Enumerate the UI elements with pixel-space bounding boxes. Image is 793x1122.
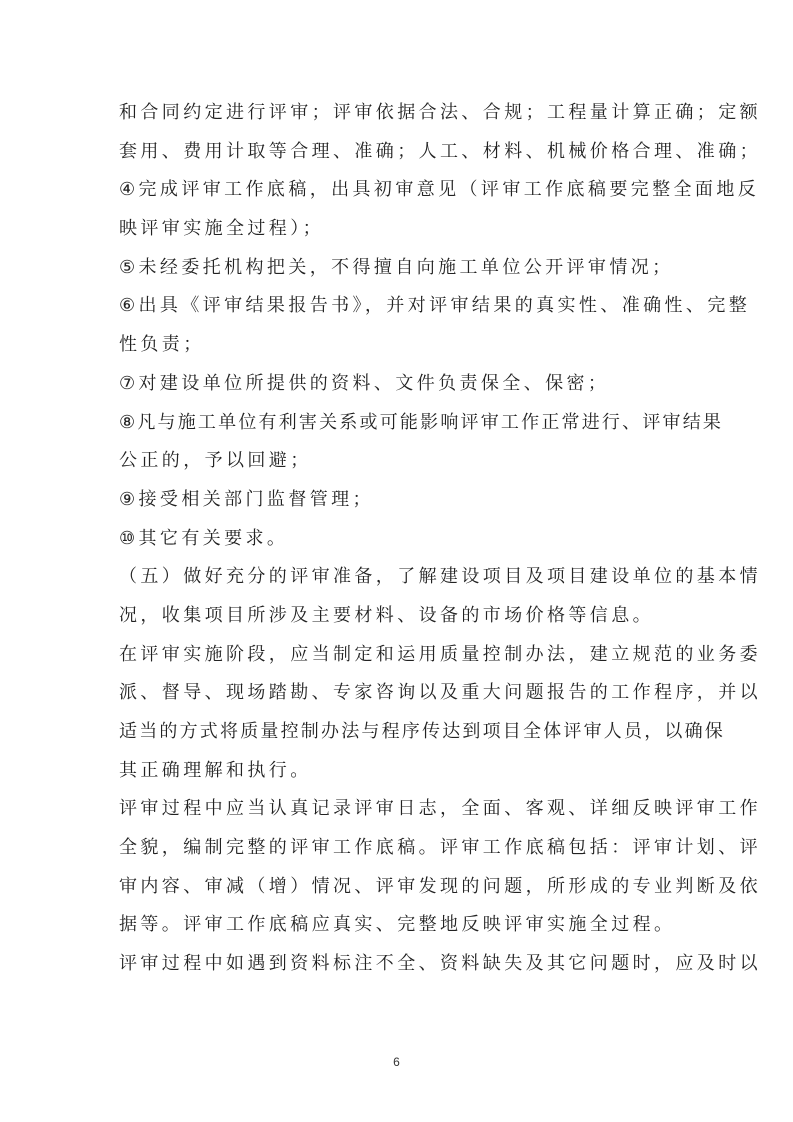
text-line: 在评审实施阶段，应当制定和运用质量控制办法，建立规范的业务委 [119, 640, 679, 679]
text-line: ⑧凡与施工单位有利害关系或可能影响评审工作正常进行、评审结果 [119, 408, 679, 447]
text-line: 适当的方式将质量控制办法与程序传达到项目全体评审人员，以确保 [119, 717, 679, 756]
text-line: 其正确理解和执行。 [119, 756, 679, 795]
text-line: 评审过程中应当认真记录评审日志，全面、客观、详细反映评审工作 [119, 794, 679, 833]
text-line: ④完成评审工作底稿，出具初审意见（评审工作底稿要完整全面地反 [119, 175, 679, 214]
text-line: ⑩其它有关要求。 [119, 524, 679, 563]
text-line: 映评审实施全过程）； [119, 214, 679, 253]
body-text: 和合同约定进行评审；评审依据合法、合规；工程量计算正确；定额 套用、费用计取等合… [119, 98, 679, 988]
text-line: 和合同约定进行评审；评审依据合法、合规；工程量计算正确；定额 [119, 98, 679, 137]
text-line: 评审过程中如遇到资料标注不全、资料缺失及其它问题时，应及时以 [119, 949, 679, 988]
text-line: 据等。评审工作底稿应真实、完整地反映评审实施全过程。 [119, 910, 679, 949]
text-line: 全貌，编制完整的评审工作底稿。评审工作底稿包括：评审计划、评 [119, 833, 679, 872]
text-line: ⑤未经委托机构把关，不得擅自向施工单位公开评审情况； [119, 253, 679, 292]
text-line: ⑦对建设单位所提供的资料、文件负责保全、保密； [119, 369, 679, 408]
text-line: 派、督导、现场踏勘、专家咨询以及重大问题报告的工作程序，并以 [119, 678, 679, 717]
text-line: 况，收集项目所涉及主要材料、设备的市场价格等信息。 [119, 601, 679, 640]
text-line: 性负责； [119, 330, 679, 369]
text-line: ⑥出具《评审结果报告书》，并对评审结果的真实性、准确性、完整 [119, 291, 679, 330]
text-line: 审内容、审减（增）情况、评审发现的问题，所形成的专业判断及依 [119, 872, 679, 911]
text-line: （五）做好充分的评审准备，了解建设项目及项目建设单位的基本情 [119, 562, 679, 601]
text-line: ⑨接受相关部门监督管理； [119, 485, 679, 524]
text-line: 套用、费用计取等合理、准确；人工、材料、机械价格合理、准确； [119, 137, 679, 176]
text-line: 公正的，予以回避； [119, 446, 679, 485]
page-number: 6 [0, 1055, 793, 1069]
document-page: 和合同约定进行评审；评审依据合法、合规；工程量计算正确；定额 套用、费用计取等合… [0, 0, 793, 1122]
